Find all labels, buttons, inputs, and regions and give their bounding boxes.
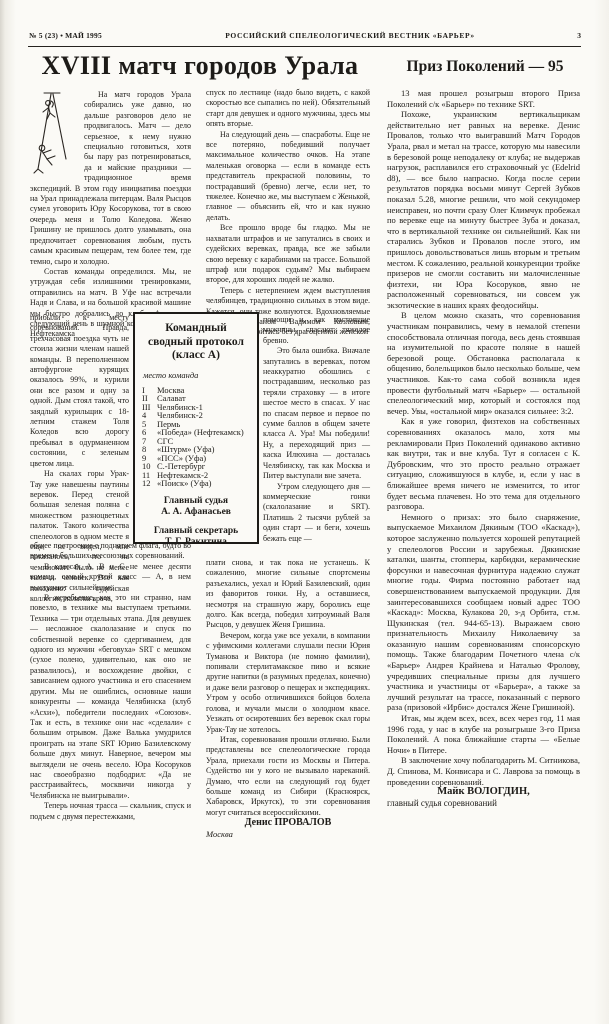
prize-article-author-role: главный судья соревнований bbox=[387, 798, 580, 809]
standings-row: 12«Поиск» (Уфа) bbox=[142, 479, 250, 488]
standings-place: 12 bbox=[142, 479, 157, 488]
paragraph: помощи и, как настоящие мужчины, спасают… bbox=[263, 315, 370, 346]
chief-judge-name: А. А. Афанасьев bbox=[142, 507, 250, 518]
match-article-headline: XVIII матч городов Урала bbox=[30, 51, 370, 81]
col2-bottom-paragraphs: плати снова, и так пока не устанешь. К с… bbox=[206, 558, 370, 818]
paragraph: спуск по лестнице (надо было видеть, с к… bbox=[206, 88, 370, 130]
paragraph: В жеребьевке, как это ни странно, нам по… bbox=[30, 593, 191, 801]
match-article-col2-bottom: плати снова, и так пока не устанешь. К с… bbox=[206, 558, 370, 839]
climber-sketch-illustration bbox=[30, 91, 76, 175]
chief-secretary-signature: Главный секретарь Т. Г. Ракитина bbox=[142, 526, 250, 548]
masthead-rule bbox=[28, 46, 581, 47]
paragraph: плати снова, и так пока не устанешь. К с… bbox=[206, 558, 370, 631]
protocol-standings: IМоскваIIСалаватIIIЧелябинск-14Челябинск… bbox=[142, 386, 250, 488]
paragraph: В классах А, В и С не менее десяти коман… bbox=[30, 562, 191, 593]
masthead: № 5 (23) • МАЙ 1995 РОССИЙСКИЙ СПЕЛЕОЛОГ… bbox=[29, 31, 581, 40]
paragraph: Теперь ночная трасса — скальник, спуск и… bbox=[30, 801, 191, 822]
paragraph: Немного о призах: это было снаряжение, в… bbox=[387, 512, 580, 713]
newspaper-page: № 5 (23) • МАЙ 1995 РОССИЙСКИЙ СПЕЛЕОЛОГ… bbox=[0, 0, 609, 1024]
chief-judge-label: Главный судья bbox=[142, 496, 250, 507]
match-article-col1-top: На матч городов Урала собирались уже дав… bbox=[30, 90, 191, 340]
chief-secretary-label: Главный секретарь bbox=[142, 526, 250, 537]
paragraph: Итак, соревнования прошли отлично. Были … bbox=[206, 735, 370, 818]
paragraph: В целом можно сказать, что соревнования … bbox=[387, 310, 580, 416]
paragraph: Итак, мы ждем всех, всех, всех через год… bbox=[387, 713, 580, 755]
protocol-columns-label: место команда bbox=[143, 370, 250, 380]
standings-team: «Поиск» (Уфа) bbox=[157, 478, 211, 488]
match-article-author-city: Москва bbox=[206, 829, 370, 839]
paragraph: В заключение хочу поблагодарить М. Ситни… bbox=[387, 755, 580, 787]
newspaper-title: РОССИЙСКИЙ СПЕЛЕОЛОГИЧЕСКИЙ ВЕСТНИК «БАР… bbox=[159, 31, 541, 40]
paragraph: Вечером, когда уже все уехали, в компани… bbox=[206, 631, 370, 735]
protocol-box-title: Командный сводный протокол (класс А) bbox=[142, 322, 250, 363]
paragraph: 13 мая прошел розыгрыш второго Приза Пок… bbox=[387, 88, 580, 109]
match-article-col2-top: спуск по лестнице (надо было видеть, с к… bbox=[206, 88, 370, 338]
paragraph: прибыли к месту соревнований. Правда, тр… bbox=[30, 313, 129, 469]
paragraph: Утром следующего дня — коммерческие гонк… bbox=[263, 482, 370, 544]
prize-article-author: Майк ВОЛОГДИН, bbox=[387, 787, 580, 798]
paragraph: Это была ошибка. Вначале запутались в ве… bbox=[263, 346, 370, 481]
paragraph: На следующий день — спасработы. Еще не в… bbox=[206, 130, 370, 224]
chief-secretary-name: Т. Г. Ракитина bbox=[142, 537, 250, 548]
page-number: 3 bbox=[541, 31, 581, 40]
issue-number: № 5 (23) • МАЙ 1995 bbox=[29, 31, 159, 40]
protocol-box: Командный сводный протокол (класс А) мес… bbox=[133, 312, 259, 544]
paragraph: Все прошло вроде бы гладко. Мы не нахват… bbox=[206, 223, 370, 285]
match-article-col1-bottom: общее построение с поднятием флага, будт… bbox=[30, 541, 191, 822]
prize-article-column: 13 мая прошел розыгрыш второго Приза Пок… bbox=[387, 88, 580, 808]
chief-judge-signature: Главный судья А. А. Афанасьев bbox=[142, 496, 250, 518]
match-article-author: Денис ПРОВАЛОВ bbox=[206, 818, 370, 828]
prize-article-headline: Приз Поколений — 95 bbox=[390, 58, 580, 76]
prize-article-paragraphs: 13 мая прошел розыгрыш второго Приза Пок… bbox=[387, 88, 580, 787]
paragraph: Похоже, украинским вертикальщикам действ… bbox=[387, 109, 580, 310]
paragraph: Как я уже говорил, физтехов на собственн… bbox=[387, 416, 580, 511]
match-article-col2-beside-box: помощи и, как настоящие мужчины, спасают… bbox=[263, 315, 370, 544]
